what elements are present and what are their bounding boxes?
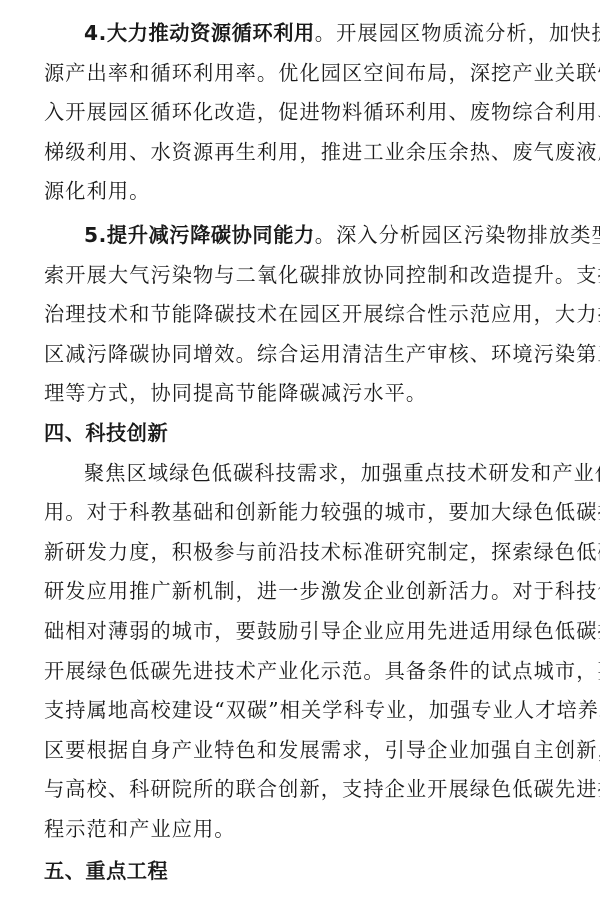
paragraph-line: 用。对于科教基础和创新能力较强的城市，要加大绿色低碳技术创	[4, 493, 598, 533]
paragraph-line: 与高校、科研院所的联合创新，支持企业开展绿色低碳先进技术工	[4, 770, 598, 810]
paragraph-line: 础相对薄弱的城市，要鼓励引导企业应用先进适用绿色低碳技术，	[4, 612, 598, 652]
paragraph-line: 治理技术和节能降碳技术在园区开展综合性示范应用，大力推动园	[4, 295, 598, 335]
paragraph-line: 开展绿色低碳先进技术产业化示范。具备条件的试点城市，要积极	[4, 652, 598, 692]
paragraph-line: 入开展园区循环化改造，促进物料循环利用、废物综合利用、能量	[4, 93, 598, 133]
section-heading-key-projects: 五、重点工程	[4, 852, 598, 892]
paragraph-line: 索开展大气污染物与二氧化碳排放协同控制和改造提升。支持污染	[4, 256, 598, 296]
paragraph-lead-title: 5.提升减污降碳协同能力	[84, 223, 315, 247]
paragraph-line: 区减污降碳协同增效。综合运用清洁生产审核、环境污染第三方治	[4, 335, 598, 375]
paragraph-resource-recycling: 4.大力推动资源循环利用。开展园区物质流分析，加快提升资 源产出率和循环利用率。…	[4, 14, 598, 212]
paragraph-pollution-carbon-synergy: 5.提升减污降碳协同能力。深入分析园区污染物排放类型，探 索开展大气污染物与二氧…	[4, 216, 598, 414]
paragraph-lead-title: 4.大力推动资源循环利用	[84, 21, 315, 45]
paragraph-line: 新研发力度，积极参与前沿技术标准研究制定，探索绿色低碳技术	[4, 533, 598, 573]
paragraph-line: 聚焦区域绿色低碳科技需求，加强重点技术研发和产业化应	[4, 454, 598, 494]
paragraph-line: 研发应用推广新机制，进一步激发企业创新活力。对于科技创新基	[4, 572, 598, 612]
document-body: 4.大力推动资源循环利用。开展园区物质流分析，加快提升资 源产出率和循环利用率。…	[4, 14, 598, 892]
paragraph-tech-innovation: 聚焦区域绿色低碳科技需求，加强重点技术研发和产业化应 用。对于科教基础和创新能力…	[4, 454, 598, 850]
paragraph-line: 支持属地高校建设“双碳”相关学科专业，加强专业人才培养。园	[4, 691, 598, 731]
section-heading-tech-innovation: 四、科技创新	[4, 414, 598, 454]
paragraph-line: 区要根据自身产业特色和发展需求，引导企业加强自主创新，开展	[4, 731, 598, 771]
paragraph-line: 梯级利用、水资源再生利用，推进工业余压余热、废气废液废渣资	[4, 133, 598, 173]
paragraph-line: 源产出率和循环利用率。优化园区空间布局，深挖产业关联性，深	[4, 54, 598, 94]
paragraph-line: 源化利用。	[4, 172, 598, 212]
paragraph-line: 理等方式，协同提高节能降碳减污水平。	[4, 374, 598, 414]
paragraph-line: 4.大力推动资源循环利用。开展园区物质流分析，加快提升资	[4, 14, 598, 54]
paragraph-line: 程示范和产业应用。	[4, 810, 598, 850]
paragraph-line: 5.提升减污降碳协同能力。深入分析园区污染物排放类型，探	[4, 216, 598, 256]
